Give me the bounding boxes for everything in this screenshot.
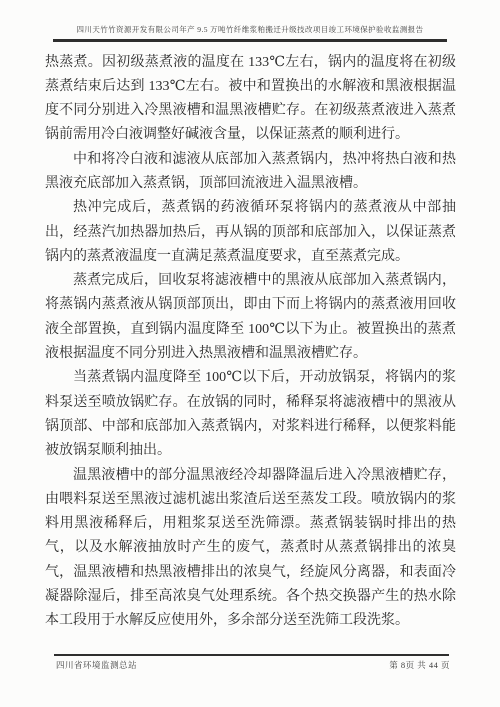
footer-page-number: 第 8页 共 44 页 (389, 659, 450, 671)
paragraph-1: 热蒸煮。因初级蒸煮液的温度在 133℃左右，锅内的温度将在初级蒸煮结束后达到 1… (45, 51, 456, 148)
paragraph-2: 中和将冷白液和滤液从底部加入蒸煮锅内，热冲将热白液和热黑液充底部加入蒸煮锅，顶部… (45, 148, 456, 197)
footer-rule (54, 654, 449, 656)
document-page: 四川天竹竹资源开发有限公司年产 9.5 万吨竹纤维浆粕搬迁升级技改项目竣工环境保… (0, 0, 500, 707)
paragraph-3: 热冲完成后，蒸煮锅的药液循环泵将锅内的蒸煮液从中部抽出，经蒸汽加热器加热后，再从… (45, 196, 456, 269)
footer-organization: 四川省环境监测总站 (56, 659, 137, 671)
footer-row: 四川省环境监测总站 第 8页 共 44 页 (56, 659, 450, 671)
document-footer: 四川省环境监测总站 第 8页 共 44 页 (0, 654, 500, 671)
running-header-title: 四川天竹竹资源开发有限公司年产 9.5 万吨竹纤维浆粕搬迁升级技改项目竣工环境保… (0, 25, 500, 34)
paragraph-4: 蒸煮完成后，回收泵将滤液槽中的黑液从底部加入蒸煮锅内，将蒸锅内蒸煮液从锅顶部顶出… (45, 269, 456, 366)
header-rule (53, 39, 447, 42)
paragraph-5: 当蒸煮锅内温度降至 100℃以下后，开动放锅泵，将锅内的浆料泵送至喷放锅贮存。在… (45, 366, 456, 463)
paragraph-6: 温黑液槽中的部分温黑液经冷却器降温后进入冷黑液槽贮存，由喂料泵送至黑液过滤机滤出… (45, 464, 456, 634)
document-header: 四川天竹竹资源开发有限公司年产 9.5 万吨竹纤维浆粕搬迁升级技改项目竣工环境保… (0, 0, 500, 42)
document-body: 热蒸煮。因初级蒸煮液的温度在 133℃左右，锅内的温度将在初级蒸煮结束后达到 1… (45, 51, 456, 634)
